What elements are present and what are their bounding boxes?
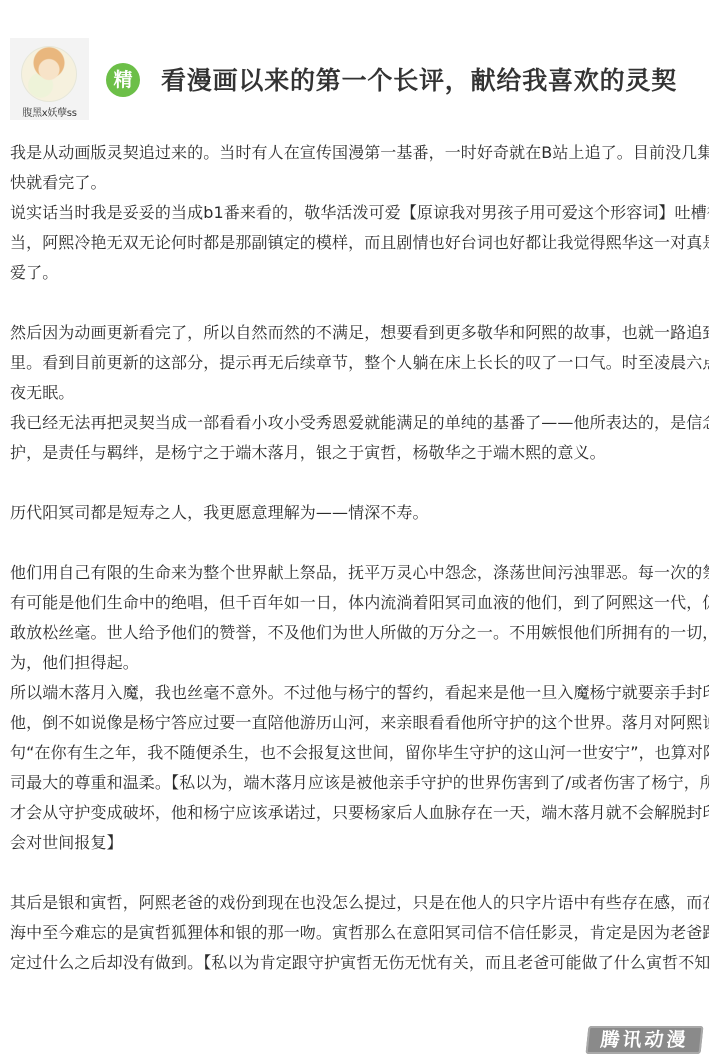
text-line: 司最大的尊重和温柔。【私以为，端木落月应该是被他亲手守护的世界伤害到了/或者伤害… bbox=[10, 768, 705, 798]
featured-badge: 精 bbox=[106, 63, 140, 97]
text-line: 其后是银和寅哲，阿熙老爸的戏份到现在也没怎么提过，只是在他人的只字片语中有些存在… bbox=[10, 888, 705, 918]
text-line: 他们用自己有限的生命来为整个世界献上祭品，抚平万灵心中怨念，涤荡世间污浊罪恶。每… bbox=[10, 558, 705, 588]
paragraph-spacer bbox=[10, 528, 705, 558]
text-line: 快就看完了。 bbox=[10, 168, 705, 198]
text-line: 定过什么之后却没有做到。【私以为肯定跟守护寅哲无伤无忧有关，而且老爸可能做了什么… bbox=[10, 948, 705, 978]
text-line: 说实话当时我是妥妥的当成b1番来看的，敬华活泼可爱【原谅我对男孩子用可爱这个形容… bbox=[10, 198, 705, 228]
text-line: 句“在你有生之年，我不随便杀生，也不会报复这世间，留你毕生守护的这山河一世安宁”… bbox=[10, 738, 705, 768]
text-line: 我是从动画版灵契追过来的。当时有人在宣传国漫第一基番，一时好奇就在B站上追了。目… bbox=[10, 138, 705, 168]
text-line: 当，阿熙冷艳无双无论何时都是那副镇定的模样，而且剧情也好台词也好都让我觉得熙华这… bbox=[10, 228, 705, 258]
username[interactable]: 腹黑x妖孽ss bbox=[10, 104, 89, 119]
text-line: 然后因为动画更新看完了，所以自然而然的不满足，想要看到更多敬华和阿熙的故事，也就… bbox=[10, 318, 705, 348]
text-line: 爱了。 bbox=[10, 258, 705, 288]
post-body: 我是从动画版灵契追过来的。当时有人在宣传国漫第一基番，一时好奇就在B站上追了。目… bbox=[10, 138, 705, 978]
post-header: 腹黑x妖孽ss 精 看漫画以来的第一个长评，献给我喜欢的灵契 bbox=[0, 0, 709, 135]
text-line: 历代阳冥司都是短寿之人，我更愿意理解为——情深不寿。 bbox=[10, 498, 705, 528]
paragraph-spacer bbox=[10, 288, 705, 318]
avatar[interactable] bbox=[21, 46, 77, 102]
text-line: 夜无眠。 bbox=[10, 378, 705, 408]
post-title: 看漫画以来的第一个长评，献给我喜欢的灵契 bbox=[161, 64, 677, 98]
text-line: 会对世间报复】 bbox=[10, 828, 705, 858]
user-avatar-card[interactable]: 腹黑x妖孽ss bbox=[10, 38, 89, 120]
text-line: 他，倒不如说像是杨宁答应过要一直陪他游历山河，来亲眼看看他所守护的这个世界。落月… bbox=[10, 708, 705, 738]
text-line: 海中至今难忘的是寅哲狐狸体和银的那一吻。寅哲那么在意阳冥司信不信任影灵，肯定是因… bbox=[10, 918, 705, 948]
text-line: 才会从守护变成破坏，他和杨宁应该承诺过，只要杨家后人血脉存在一天，端木落月就不会… bbox=[10, 798, 705, 828]
text-line: 有可能是他们生命中的绝唱，但千百年如一日，体内流淌着阳冥司血液的他们，到了阿熙这… bbox=[10, 588, 705, 618]
paragraph-spacer bbox=[10, 858, 705, 888]
text-line: 我已经无法再把灵契当成一部看看小攻小受秀恩爱就能满足的单纯的基番了——他所表达的… bbox=[10, 408, 705, 438]
text-line: 所以端木落月入魔，我也丝毫不意外。不过他与杨宁的誓约，看起来是他一旦入魔杨宁就要… bbox=[10, 678, 705, 708]
tencent-comic-watermark-logo: 腾讯动漫 bbox=[586, 1026, 704, 1054]
text-line: 为，他们担得起。 bbox=[10, 648, 705, 678]
text-line: 敢放松丝毫。世人给予他们的赞誉，不及他们为世人所做的万分之一。不用嫉恨他们所拥有… bbox=[10, 618, 705, 648]
paragraph-spacer bbox=[10, 468, 705, 498]
text-line: 里。看到目前更新的这部分，提示再无后续章节，整个人躺在床上长长的叹了一口气。时至… bbox=[10, 348, 705, 378]
text-line: 护，是责任与羁绊，是杨宁之于端木落月，银之于寅哲，杨敬华之于端木熙的意义。 bbox=[10, 438, 705, 468]
